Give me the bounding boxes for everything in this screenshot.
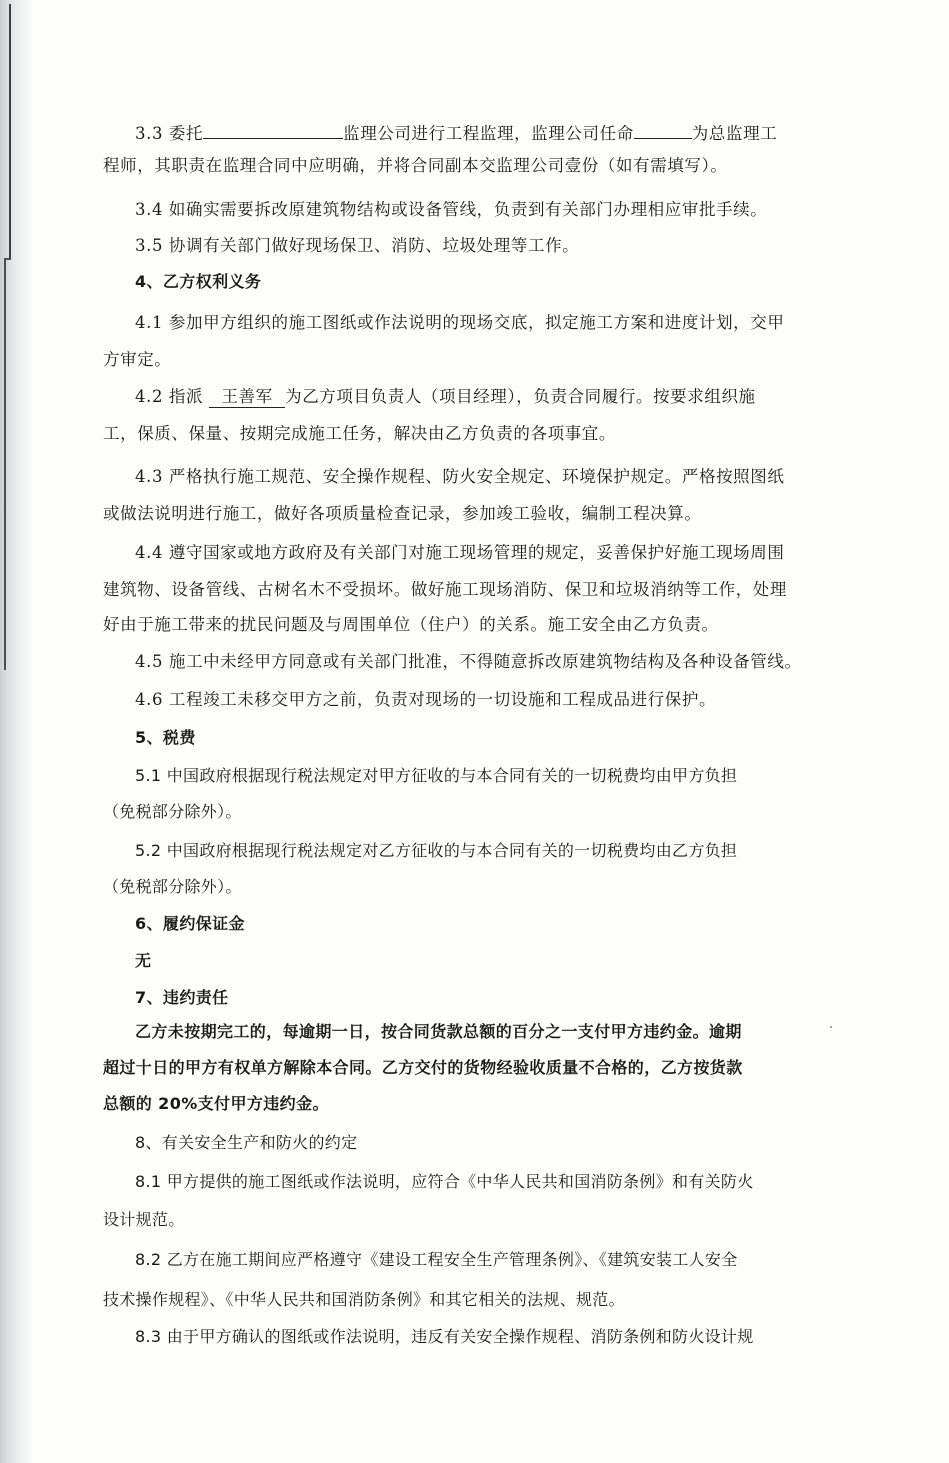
clause-4-3-line-1: 4.3 严格执行施工规范、安全操作规程、防火安全规定、环境保护规定。严格按照图纸 — [135, 467, 785, 487]
project-manager-name-field[interactable]: 王善军 — [209, 387, 285, 408]
clause-5-2-line-1: 5.2 中国政府根据现行税法规定对乙方征收的与本合同有关的一切税费均由乙方负担 — [135, 841, 737, 861]
section-heading-7: 7、违约责任 — [135, 988, 229, 1008]
clause-4-2-line-1: 4.2 指派王善军为乙方项目负责人（项目经理），负责合同履行。按要求组织施 — [135, 387, 756, 408]
clause-8-2-line-1: 8.2 乙方在施工期间应严格遵守《建设工程安全生产管理条例》、《建筑安装工人安全 — [135, 1250, 738, 1270]
clause-3-3-line-2: 程师，其职责在监理合同中应明确，并将合同副本交监理公司壹份（如有需填写）。 — [103, 156, 727, 176]
clause-3-3-line-1: 3.3 委托监理公司进行工程监理，监理公司任命为总监理工 — [135, 122, 777, 144]
scan-binding-edge — [0, 0, 34, 1463]
section-heading-6: 6、履约保证金 — [135, 914, 245, 934]
clause-5-2-line-2: （免税部分除外）。 — [103, 877, 242, 897]
clause-text: 为乙方项目负责人（项目经理），负责合同履行。按要求组织施 — [285, 387, 756, 406]
clause-4-4-line-2: 建筑物、设备管线、古树名木不受损坏。做好施工现场消防、保卫和垃圾消纳等工作，处理 — [103, 580, 787, 600]
scan-edge-line — [9, 4, 11, 258]
clause-8-3-line-1: 8.3 由于甲方确认的图纸或作法说明，违反有关安全操作规程、消防条例和防火设计规 — [135, 1327, 754, 1347]
clause-7-line-3: 总额的 20%支付甲方违约金。 — [103, 1094, 329, 1114]
scan-speck — [830, 1026, 832, 1028]
clause-4-1-line-1: 4.1 参加甲方组织的施工图纸或作法说明的现场交底，拟定施工方案和进度计划，交甲 — [135, 313, 785, 333]
clause-4-1-line-2: 方审定。 — [103, 350, 171, 370]
clause-8-1-line-1: 8.1 甲方提供的施工图纸或作法说明，应符合《中华人民共和国消防条例》和有关防火 — [135, 1172, 754, 1192]
clause-8-1-line-2: 设计规范。 — [103, 1210, 185, 1230]
clause-text: 为总监理工 — [692, 124, 778, 143]
scan-edge-line — [4, 260, 6, 670]
clause-3-4: 3.4 如确实需要拆改原建筑物结构或设备管线，负责到有关部门办理相应审批手续。 — [135, 200, 767, 220]
supervision-company-blank[interactable] — [203, 122, 343, 139]
clause-4-4-line-1: 4.4 遵守国家或地方政府及有关部门对施工现场管理的规定，妥善保护好施工现场周围 — [135, 543, 785, 563]
section-heading-4: 4、乙方权利义务 — [135, 272, 261, 292]
chief-supervisor-blank[interactable] — [634, 122, 692, 139]
clause-text: 监理公司进行工程监理，监理公司任命 — [343, 124, 634, 143]
section-heading-8: 8、有关安全生产和防火的约定 — [135, 1133, 357, 1153]
clause-5-1-line-2: （免税部分除外）。 — [103, 802, 242, 822]
clause-7-line-2: 超过十日的甲方有权单方解除本合同。乙方交付的货物经验收质量不合格的，乙方按货款 — [103, 1058, 743, 1078]
clause-4-3-line-2: 或做法说明进行施工，做好各项质量检查记录，参加竣工验收，编制工程决算。 — [103, 504, 702, 524]
section-heading-5: 5、税费 — [135, 728, 196, 748]
clause-8-2-line-2: 技术操作规程》、《中华人民共和国消防条例》和其它相关的法规、规范。 — [103, 1290, 625, 1310]
clause-4-2-line-2: 工，保质、保量、按期完成施工任务，解决由乙方负责的各项事宜。 — [103, 424, 616, 444]
clause-text: 3.3 委托 — [135, 124, 203, 143]
clause-4-4-line-3: 好由于施工带来的扰民问题及与周围单位（住户）的关系。施工安全由乙方负责。 — [103, 615, 719, 635]
clause-text: 4.2 指派 — [135, 387, 203, 406]
clause-4-5: 4.5 施工中未经甲方同意或有关部门批准，不得随意拆改原建筑物结构及各种设备管线… — [135, 652, 802, 672]
clause-7-line-1: 乙方未按期完工的，每逾期一日，按合同货款总额的百分之一支付甲方违约金。逾期 — [135, 1022, 742, 1042]
clause-5-1-line-1: 5.1 中国政府根据现行税法规定对甲方征收的与本合同有关的一切税费均由甲方负担 — [135, 766, 737, 786]
clause-3-5: 3.5 协调有关部门做好现场保卫、消防、垃圾处理等工作。 — [135, 236, 579, 256]
clause-6-body: 无 — [135, 951, 151, 971]
clause-4-6: 4.6 工程竣工未移交甲方之前，负责对现场的一切设施和工程成品进行保护。 — [135, 690, 716, 710]
